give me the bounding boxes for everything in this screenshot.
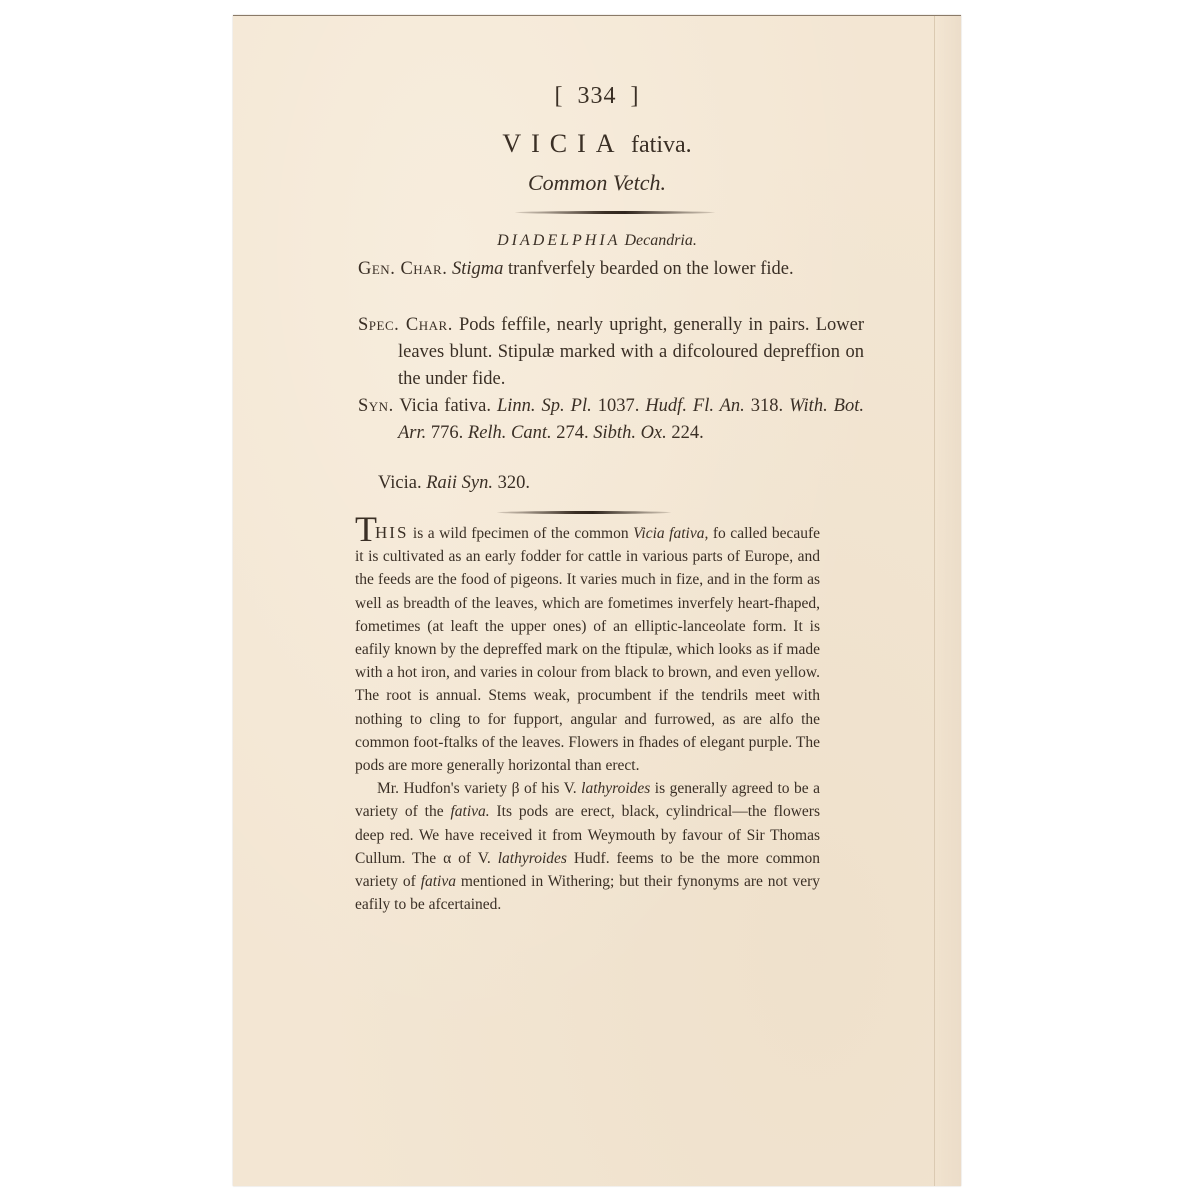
syn-part: 224. (667, 423, 704, 443)
specific-character: Spec. Char. Pods feffile, nearly upright… (358, 312, 864, 393)
bracket-open: [ (555, 83, 564, 109)
syn-ref: Linn. Sp. Pl. (497, 396, 592, 416)
italic-run: Vicia fativa, (633, 525, 708, 542)
syn-part: Vicia fativa. (394, 396, 497, 416)
gen-char-text: tranfverfely bearded on the lower fide. (503, 259, 793, 279)
text-run: fo called becaufe it is cultivated as an… (355, 525, 820, 774)
classification: DIADELPHIA Decandria. (233, 232, 961, 250)
text-run: is a wild fpecimen of the common (408, 525, 633, 542)
spec-char-label: Spec. Char. (358, 315, 453, 335)
common-name: Common Vetch. (233, 170, 961, 196)
page-number: [334] (233, 83, 961, 110)
syn-label: Syn. (358, 396, 394, 416)
class-name: DIADELPHIA (497, 232, 620, 249)
syn-ref: Hudf. Fl. An. (645, 396, 745, 416)
spec-char-text: Pods feffile, nearly upright, generally … (398, 315, 864, 389)
syn-part: 776. (426, 423, 468, 443)
title-divider (515, 211, 715, 214)
syn2-plain: Vicia. (378, 473, 426, 493)
species-title: VICIA fativa. (233, 129, 961, 159)
genus-name: VICIA (502, 129, 624, 158)
species-name: fativa. (631, 132, 692, 158)
section-divider (497, 511, 671, 514)
description-paragraph-2: Mr. Hudfon's variety β of his V. lathyro… (355, 777, 820, 916)
bracket-close: ] (631, 83, 640, 109)
order-name: Decandria. (624, 232, 696, 249)
syn2-ref: Raii Syn. (426, 473, 493, 493)
syn-ref: Sibth. Ox. (593, 423, 666, 443)
description-paragraph-1: THIS is a wild fpecimen of the common Vi… (355, 519, 820, 777)
drop-cap: T (355, 509, 377, 549)
synonyms: Syn. Vicia fativa. Linn. Sp. Pl. 1037. H… (358, 393, 864, 447)
italic-run: fativa. (450, 803, 489, 820)
generic-character: Gen. Char. Stigma tranfverfely bearded o… (358, 256, 864, 283)
syn-part: 1037. (592, 396, 646, 416)
syn-part: 318. (745, 396, 789, 416)
italic-run: lathyroides (581, 780, 650, 797)
gen-char-label: Gen. Char. (358, 259, 447, 279)
description-body: THIS is a wild fpecimen of the common Vi… (355, 519, 820, 916)
syn-ref: Relh. Cant. (468, 423, 552, 443)
italic-run: fativa (421, 873, 456, 890)
italic-run: lathyroides (498, 850, 567, 867)
gen-char-italic: Stigma (452, 259, 503, 279)
book-page: [334] VICIA fativa. Common Vetch. DIADEL… (233, 15, 961, 1186)
syn-part: 274. (552, 423, 594, 443)
lead-caps: HIS (375, 523, 408, 542)
page-number-value: 334 (578, 83, 617, 109)
syn2-num: 320. (493, 473, 530, 493)
synonym-ray: Vicia. Raii Syn. 320. (378, 470, 844, 497)
text-run: Mr. Hudfon's variety β of his V. (377, 780, 581, 797)
